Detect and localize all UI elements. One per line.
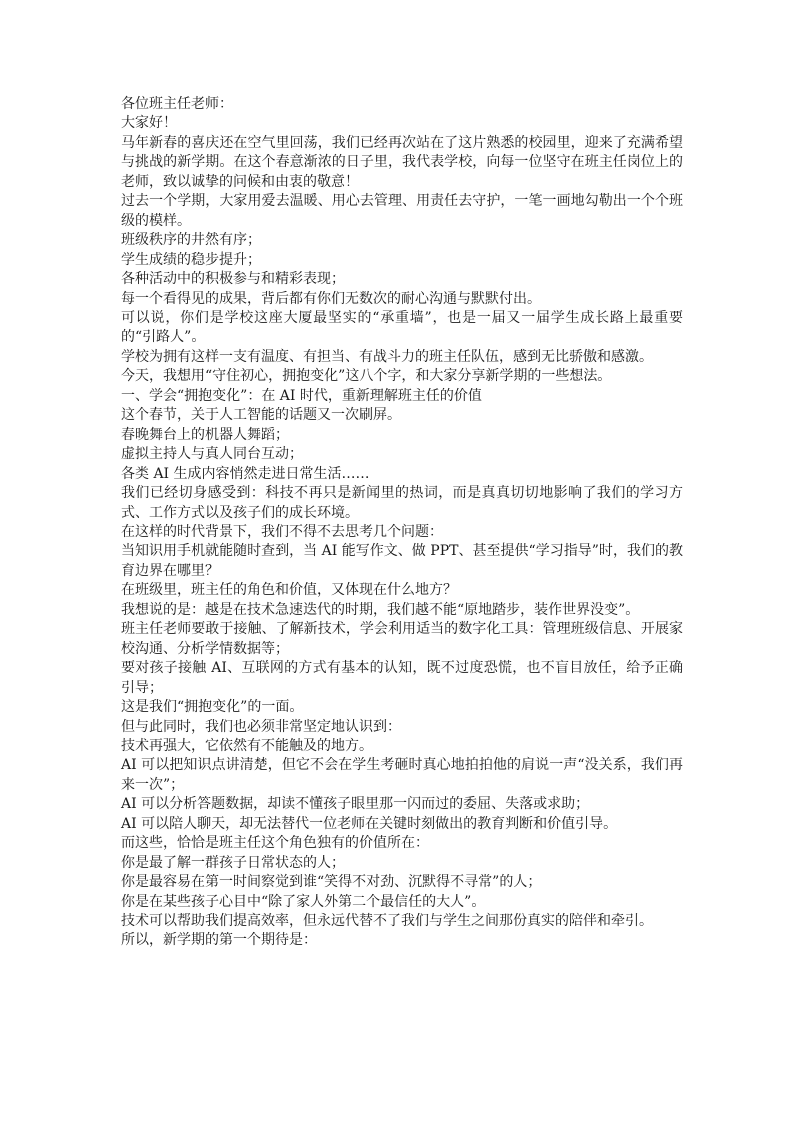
document-page: 各位班主任老师： 大家好！ 马年新春的喜庆还在空气里回荡，我们已经再次站在了这片… (121, 95, 683, 951)
paragraph: 这个春节，关于人工智能的话题又一次刷屏。 (121, 406, 683, 425)
list-line: AI 可以分析答题数据，却读不懂孩子眼里那一闪而过的委屈、失落或求助； (121, 795, 683, 814)
paragraph: 但与此同时，我们也必须非常坚定地认识到： (121, 718, 683, 737)
paragraph: 这是我们“拥抱变化”的一面。 (121, 698, 683, 717)
list-line: 班级秩序的井然有序； (121, 231, 683, 250)
list-line: AI 可以把知识点讲清楚，但它不会在学生考砸时真心地拍拍他的肩说一声“没关系，我… (121, 756, 683, 795)
list-line: 春晚舞台上的机器人舞蹈； (121, 426, 683, 445)
paragraph: 我想说的是：越是在技术急速迭代的时期，我们越不能“原地踏步，装作世界没变”。 (121, 601, 683, 620)
list-line: 你是最了解一群孩子日常状态的人； (121, 854, 683, 873)
list-line: 虚拟主持人与真人同台互动； (121, 445, 683, 464)
paragraph: 马年新春的喜庆还在空气里回荡，我们已经再次站在了这片熟悉的校园里，迎来了充满希望… (121, 134, 683, 192)
paragraph: 可以说，你们是学校这座大厦最坚实的“承重墙”，也是一届又一届学生成长路上最重要的… (121, 309, 683, 348)
paragraph: 学校为拥有这样一支有温度、有担当、有战斗力的班主任队伍，感到无比骄傲和感激。 (121, 348, 683, 367)
list-line: 学生成绩的稳步提升； (121, 251, 683, 270)
question: 当知识用手机就能随时查到，当 AI 能写作文、做 PPT、甚至提供“学习指导”时… (121, 542, 683, 581)
list-line: AI 可以陪人聊天，却无法替代一位老师在关键时刻做出的教育判断和价值引导。 (121, 815, 683, 834)
salutation: 各位班主任老师： (121, 95, 683, 114)
paragraph: 今天，我想用“守住初心，拥抱变化”这八个字，和大家分享新学期的一些想法。 (121, 367, 683, 386)
greeting: 大家好！ (121, 114, 683, 133)
list-line: 各种活动中的积极参与和精彩表现； (121, 270, 683, 289)
list-line: 要对孩子接触 AI、互联网的方式有基本的认知，既不过度恐慌，也不盲目放任，给予正… (121, 659, 683, 698)
section-heading: 一、学会“拥抱变化”：在 AI 时代，重新理解班主任的价值 (121, 387, 683, 406)
list-line: 你是最容易在第一时间察觉到谁“笑得不对劲、沉默得不寻常”的人； (121, 873, 683, 892)
list-line: 班主任老师要敢于接触、了解新技术，学会利用适当的数字化工具：管理班级信息、开展家… (121, 620, 683, 659)
paragraph: 我们已经切身感受到：科技不再只是新闻里的热词，而是真真切切地影响了我们的学习方式… (121, 484, 683, 523)
paragraph: 技术可以帮助我们提高效率，但永远代替不了我们与学生之间那份真实的陪伴和牵引。 (121, 912, 683, 931)
paragraph: 过去一个学期，大家用爱去温暖、用心去管理、用责任去守护，一笔一画地勾勒出一个个班… (121, 192, 683, 231)
question: 在班级里，班主任的角色和价值，又体现在什么地方？ (121, 581, 683, 600)
paragraph: 而这些，恰恰是班主任这个角色独有的价值所在： (121, 834, 683, 853)
paragraph: 所以，新学期的第一个期待是： (121, 931, 683, 950)
paragraph: 在这样的时代背景下，我们不得不去思考几个问题： (121, 523, 683, 542)
paragraph: 每一个看得见的成果，背后都有你们无数次的耐心沟通与默默付出。 (121, 290, 683, 309)
list-line: 你是在某些孩子心目中“除了家人外第二个最信任的大人”。 (121, 893, 683, 912)
list-line: 各类 AI 生成内容悄然走进日常生活…… (121, 465, 683, 484)
paragraph: 技术再强大，它依然有不能触及的地方。 (121, 737, 683, 756)
